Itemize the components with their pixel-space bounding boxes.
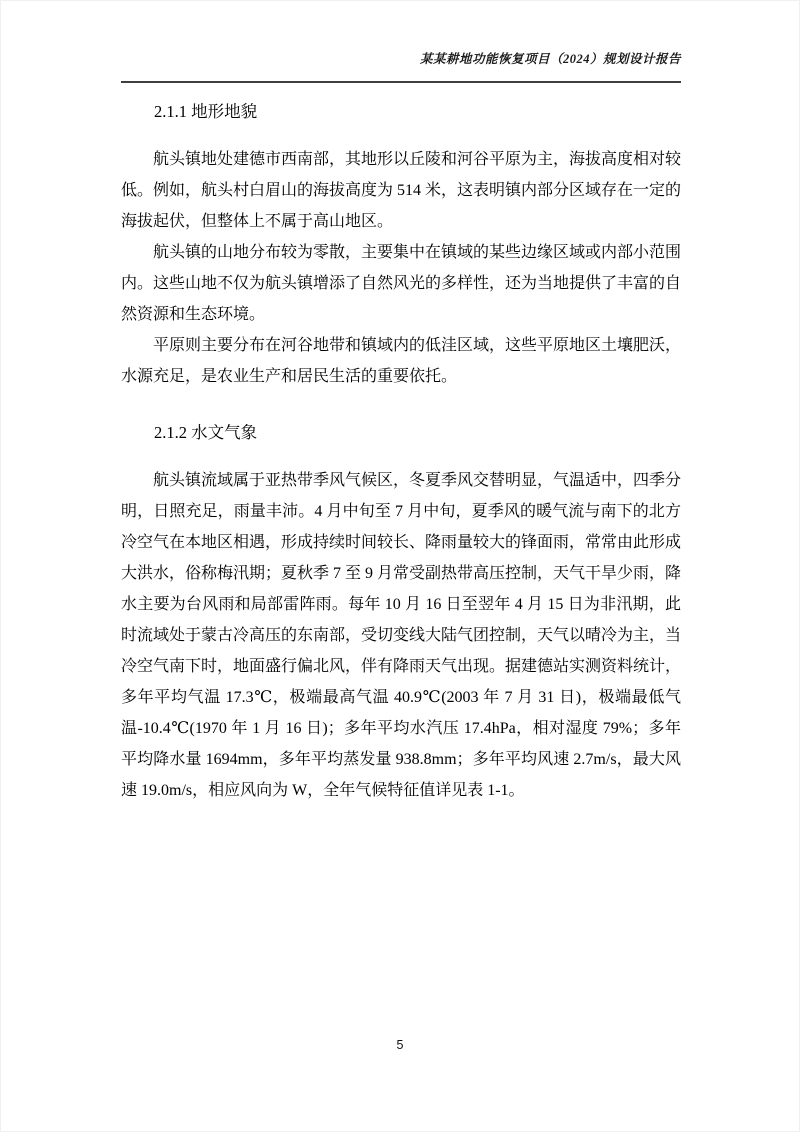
header-title: 某某耕地功能恢复项目（2024）规划设计报告 <box>121 49 681 81</box>
paragraph-terrain-2: 航头镇的山地分布较为零散，主要集中在镇域的某些边缘区域或内部小范围内。这些山地不… <box>121 237 681 330</box>
document-body: 2.1.1 地形地貌 航头镇地处建德市西南部，其地形以丘陵和河谷平原为主，海拔高… <box>121 83 681 806</box>
section-heading-hydrology: 2.1.2 水文气象 <box>121 417 681 448</box>
section-heading-terrain: 2.1.1 地形地貌 <box>121 83 681 127</box>
page-header: 某某耕地功能恢复项目（2024）规划设计报告 <box>121 49 681 83</box>
document-page: 某某耕地功能恢复项目（2024）规划设计报告 2.1.1 地形地貌 航头镇地处建… <box>0 0 800 1132</box>
page-number: 5 <box>1 1035 799 1055</box>
paragraph-terrain-3: 平原则主要分布在河谷地带和镇域内的低洼区域，这些平原地区土壤肥沃，水源充足，是农… <box>121 330 681 392</box>
paragraph-hydrology-1: 航头镇流域属于亚热带季风气候区，冬夏季风交替明显，气温适中，四季分明，日照充足，… <box>121 465 681 806</box>
paragraph-terrain-1: 航头镇地处建德市西南部，其地形以丘陵和河谷平原为主，海拔高度相对较低。例如，航头… <box>121 144 681 237</box>
